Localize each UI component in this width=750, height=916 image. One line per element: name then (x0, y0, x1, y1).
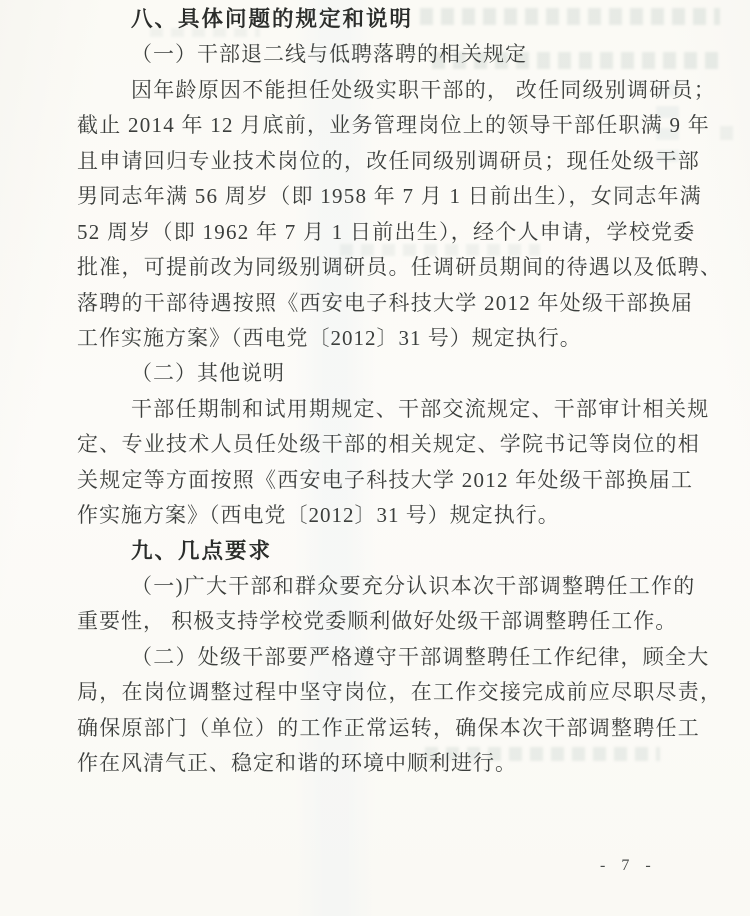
section-9-heading: 九、几点要求 (77, 534, 715, 569)
doc-line: 定、专业技术人员任处级干部的相关规定、学院书记等岗位的相 (77, 427, 715, 462)
doc-line: 工作实施方案》（西电党〔2012〕31 号）规定执行。 (77, 321, 715, 356)
doc-line: 关规定等方面按照《西安电子科技大学 2012 年处级干部换届工 (77, 463, 715, 498)
doc-line: 局，在岗位调整过程中坚守岗位，在工作交接完成前应尽职尽责， (77, 675, 715, 710)
doc-line: 且申请回归专业技术岗位的，改任同级别调研员；现任处级干部 (77, 144, 715, 179)
doc-line: 男同志年满 56 周岁（即 1958 年 7 月 1 日前出生），女同志年满 (77, 179, 715, 214)
page-number: - 7 - (600, 855, 680, 877)
subsection-1-title: （一）干部退二线与低聘落聘的相关规定 (77, 37, 715, 72)
scanned-document-page: 八、具体问题的规定和说明 （一）干部退二线与低聘落聘的相关规定 因年龄原因不能担… (0, 0, 750, 916)
doc-line: 因年龄原因不能担任处级实职干部的， 改任同级别调研员； (77, 73, 715, 108)
doc-line: （二）处级干部要严格遵守干部调整聘任工作纪律，顾全大 (77, 640, 715, 675)
doc-line: 批准，可提前改为同级别调研员。任调研员期间的待遇以及低聘、 (77, 250, 715, 285)
doc-line: 确保原部门（单位）的工作正常运转，确保本次干部调整聘任工 (77, 711, 715, 746)
doc-line: （一)广大干部和群众要充分认识本次干部调整聘任工作的 (77, 569, 715, 604)
doc-line: 截止 2014 年 12 月底前，业务管理岗位上的领导干部任职满 9 年 (77, 108, 715, 143)
subsection-2-title: （二）其他说明 (77, 356, 715, 391)
bleedthrough-artifact (720, 126, 736, 140)
document-body: 八、具体问题的规定和说明 （一）干部退二线与低聘落聘的相关规定 因年龄原因不能担… (77, 2, 715, 782)
doc-line: 落聘的干部待遇按照《西安电子科技大学 2012 年处级干部换届 (77, 286, 715, 321)
doc-line: 干部任期制和试用期规定、干部交流规定、干部审计相关规 (77, 392, 715, 427)
doc-line: 作实施方案》（西电党〔2012〕31 号）规定执行。 (77, 498, 715, 533)
doc-line: 52 周岁（即 1962 年 7 月 1 日前出生），经个人申请，学校党委 (77, 215, 715, 250)
doc-line: 作在风清气正、稳定和谐的环境中顺利进行。 (77, 746, 715, 781)
doc-line: 重要性， 积极支持学校党委顺利做好处级干部调整聘任工作。 (77, 604, 715, 639)
section-8-heading: 八、具体问题的规定和说明 (77, 2, 715, 37)
